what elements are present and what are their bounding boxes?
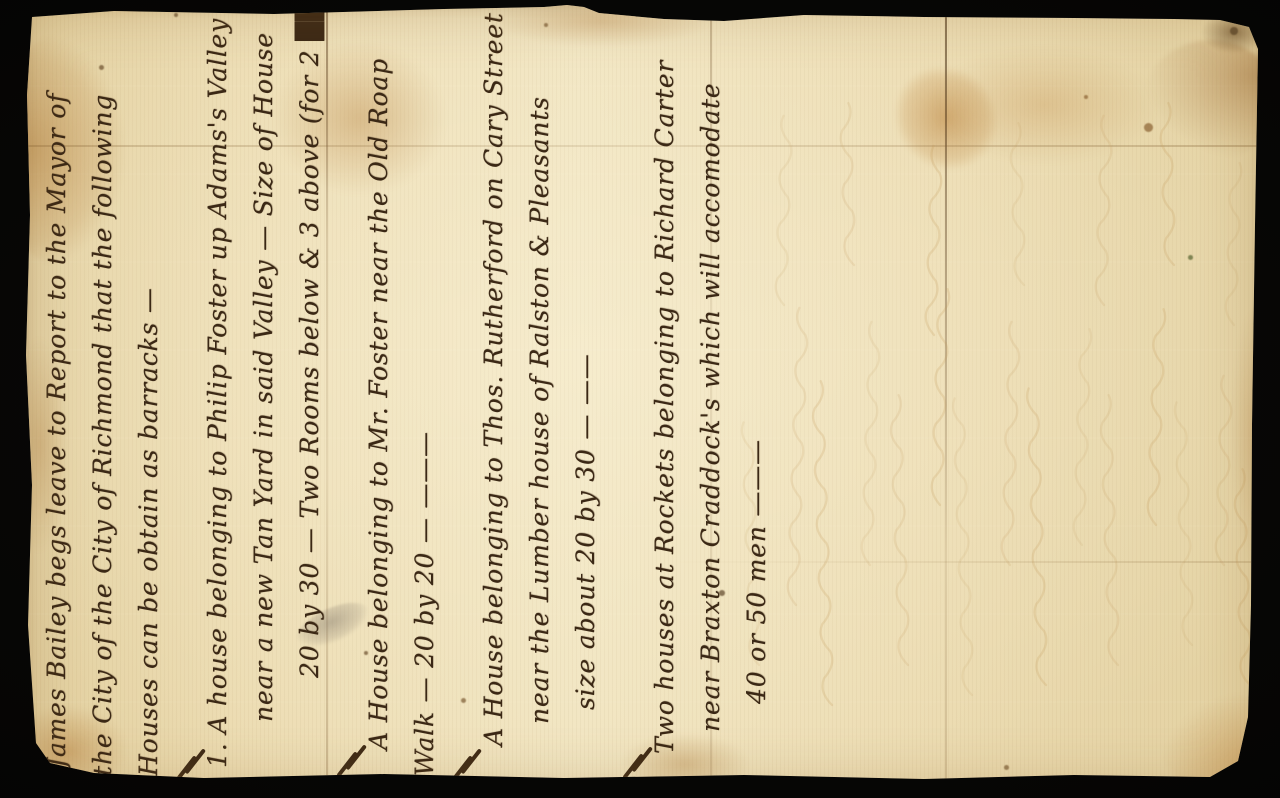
paragraph-divider-mark — [172, 10, 195, 782]
manuscript-line: James Bailey begs leave to Report to the… — [34, 10, 80, 782]
manuscript-line: Houses can be obtain as barracks — — [126, 10, 172, 782]
paper-stain — [1162, 693, 1280, 798]
paragraph-divider-mark — [619, 10, 642, 782]
paper-stain — [929, 45, 1159, 165]
paper-sheet: James Bailey begs leave to Report to the… — [24, 5, 1262, 791]
paper-stain — [1202, 11, 1266, 53]
ink-speck — [1004, 765, 1009, 770]
scanner-background: { "page": { "background_color": "#060605… — [0, 0, 1280, 798]
manuscript-line: 20 by 30 — Two Rooms below & 3 above (fo… — [287, 10, 333, 782]
ink-speck — [1252, 646, 1257, 651]
manuscript-line: A House belonging to Thos. Rutherford on… — [471, 10, 517, 782]
manuscript-line: 1. A house belonging to Philip Foster up… — [195, 10, 241, 782]
paper-stain — [851, 23, 1042, 214]
ink-speck — [1188, 255, 1193, 260]
ink-speck — [1144, 123, 1153, 132]
manuscript-line: Walk — 20 by 20 — ——— — [402, 10, 448, 782]
paragraph-divider-mark — [333, 10, 356, 782]
manuscript-line: near Braxton Craddock's which will accom… — [688, 10, 734, 782]
ink-speck — [1084, 95, 1088, 99]
manuscript-line: 40 or 50 men ——— — [734, 10, 780, 782]
paragraph-divider-mark — [448, 10, 471, 782]
manuscript-line: near the Lumber house of Ralston & Pleas… — [517, 10, 563, 782]
manuscript-line: near a new Tan Yard in said Valley — Siz… — [241, 10, 287, 782]
ink-speck — [1230, 27, 1238, 35]
manuscript-line: the City of the City of Richmond that th… — [80, 10, 126, 782]
fold-crease — [945, 5, 947, 791]
paper-stain — [1230, 305, 1280, 565]
manuscript-line: Two houses at Rockets belonging to Richa… — [642, 10, 688, 782]
manuscript-text: James Bailey begs leave to Report to the… — [34, 10, 776, 782]
manuscript-line: size about 20 by 30 — —— — [563, 10, 609, 782]
manuscript-line: A House belonging to Mr. Foster near the… — [356, 10, 402, 782]
paper-stain — [1144, 40, 1279, 160]
